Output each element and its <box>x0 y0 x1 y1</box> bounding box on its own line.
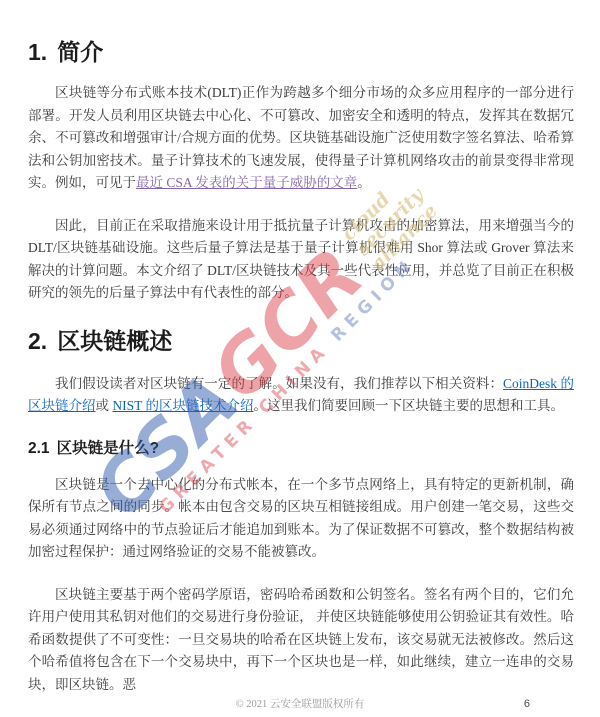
paragraph-intro-period: 。 <box>357 175 371 190</box>
link-nist-intro[interactable]: NIST 的区块链技术介绍 <box>112 398 253 413</box>
page-number: 6 <box>524 698 530 710</box>
heading-section-1-title: 简介 <box>57 39 103 65</box>
document-page: CSA GCR cloud security alliance GREATER … <box>0 0 600 717</box>
paragraph-overview-text3: 。这里我们简要回顾一下区块链主要的思想和工具。 <box>254 398 565 413</box>
paragraph-crypto-primitives: 区块链主要基于两个密码学原语，密码哈希函数和公钥签名。签名有两个目的，它们允许用… <box>28 584 574 697</box>
heading-section-2-1-title: 区块链是什么? <box>57 440 159 457</box>
heading-section-2-1: 2.1区块链是什么? <box>28 438 574 460</box>
paragraph-overview-text2: 或 <box>96 398 113 413</box>
paragraph-overview-text1: 我们假设读者对区块链有一定的了解。如果没有，我们推荐以下相关资料： <box>55 376 503 391</box>
heading-section-2: 2.区块链概述 <box>28 325 574 357</box>
heading-section-1: 1.简介 <box>28 36 574 68</box>
paragraph-post-quantum: 因此，目前正在采取措施来设计用于抵抗量子计算机攻击的加密算法，用来增强当今的 D… <box>28 215 574 305</box>
footer-copyright: © 2021 云安全联盟版权所有 <box>0 696 600 711</box>
heading-section-2-1-number: 2.1 <box>28 440 50 457</box>
heading-section-2-number: 2. <box>28 328 47 354</box>
paragraph-overview: 我们假设读者对区块链有一定的了解。如果没有，我们推荐以下相关资料：CoinDes… <box>28 373 574 418</box>
heading-section-1-number: 1. <box>28 39 47 65</box>
document-content: 1.简介 区块链等分布式账本技术(DLT)正作为跨越多个细分市场的众多应用程序的… <box>0 0 600 696</box>
paragraph-what-is-blockchain: 区块链是一个去中心化的分布式帐本，在一个多节点网络上，具有特定的更新机制，确保所… <box>28 474 574 564</box>
heading-section-2-title: 区块链概述 <box>57 328 172 354</box>
link-csa-quantum-article[interactable]: 最近 CSA 发表的关于量子威胁的文章 <box>136 175 357 190</box>
paragraph-intro: 区块链等分布式账本技术(DLT)正作为跨越多个细分市场的众多应用程序的一部分进行… <box>28 82 574 195</box>
